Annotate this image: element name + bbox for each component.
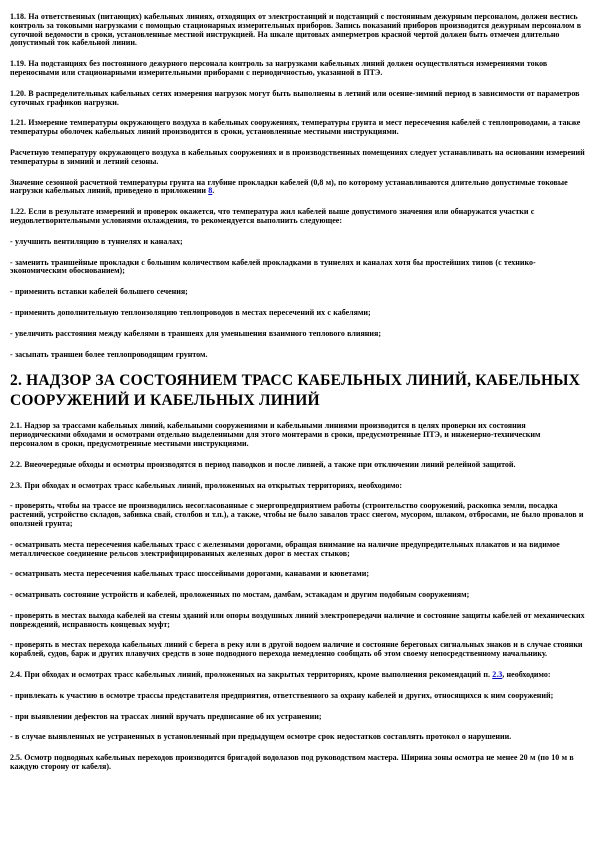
list-item-replace-trench-runs: - заменить траншейные прокладки с больши… — [10, 259, 585, 277]
list-item-ventilation: - улучшить вентиляцию в туннелях и канал… — [10, 238, 585, 247]
list-item-larger-cross-section: - применить вставки кабелей большего сеч… — [10, 288, 585, 297]
list-item-involve-representative: - привлекать к участию в осмотре трассы … — [10, 692, 585, 701]
paragraph-ground-temperature-tail: . — [212, 186, 214, 195]
clause-1-20: 1.20. В распределительных кабельных сетя… — [10, 90, 585, 108]
clause-1-22: 1.22. Если в результате измерений и пров… — [10, 208, 585, 226]
clause-2-1: 2.1. Надзор за трассами кабельных линий,… — [10, 422, 585, 448]
clause-2-2: 2.2. Внеочередные обходы и осмотры произ… — [10, 461, 585, 470]
paragraph-ground-temperature: Значение сезонной расчетной температуры … — [10, 179, 585, 197]
list-item-issue-prescription: - при выявлении дефектов на трассах лини… — [10, 713, 585, 722]
clause-1-19: 1.19. На подстанциях без постоянного деж… — [10, 60, 585, 78]
list-item-increase-distance: - увеличить расстояния между кабелями в … — [10, 330, 585, 339]
paragraph-design-temperature: Расчетную температуру окружающего воздух… — [10, 149, 585, 167]
list-item-heat-insulation: - применить дополнительную теплоизоляцию… — [10, 309, 585, 318]
list-item-river-crossings: - проверять в местах перехода кабельных … — [10, 641, 585, 659]
paragraph-ground-temperature-text: Значение сезонной расчетной температуры … — [10, 178, 568, 196]
list-item-wall-exits: - проверять в местах выхода кабелей на с… — [10, 612, 585, 630]
list-item-backfill-trench: - засыпать траншеи более теплопроводящим… — [10, 351, 585, 360]
document-page: 1.18. На ответственных (питающих) кабель… — [0, 0, 595, 842]
clause-2-5: 2.5. Осмотр подводных кабельных переходо… — [10, 754, 585, 772]
clause-2-3-link[interactable]: 2.3 — [492, 670, 502, 679]
list-item-railway-crossings: - осматривать места пересечения кабельны… — [10, 541, 585, 559]
clause-2-4-tail: , необходимо: — [502, 670, 550, 679]
list-item-bridges-dams: - осматривать состояние устройств и кабе… — [10, 591, 585, 600]
clause-2-4: 2.4. При обходах и осмотрах трасс кабель… — [10, 671, 585, 680]
list-item-road-crossings: - осматривать места пересечения кабельны… — [10, 570, 585, 579]
list-item-violation-protocol: - в случае выявленных не устраненных в у… — [10, 733, 585, 742]
clause-2-4-text: 2.4. При обходах и осмотрах трасс кабель… — [10, 670, 492, 679]
section-2-heading: 2. НАДЗОР ЗА СОСТОЯНИЕМ ТРАСС КАБЕЛЬНЫХ … — [10, 371, 585, 410]
list-item-check-unauthorized-works: - проверять, чтобы на трассе не производ… — [10, 502, 585, 528]
clause-1-18: 1.18. На ответственных (питающих) кабель… — [10, 13, 585, 48]
clause-1-21: 1.21. Измерение температуры окружающего … — [10, 119, 585, 137]
clause-2-3: 2.3. При обходах и осмотрах трасс кабель… — [10, 482, 585, 491]
